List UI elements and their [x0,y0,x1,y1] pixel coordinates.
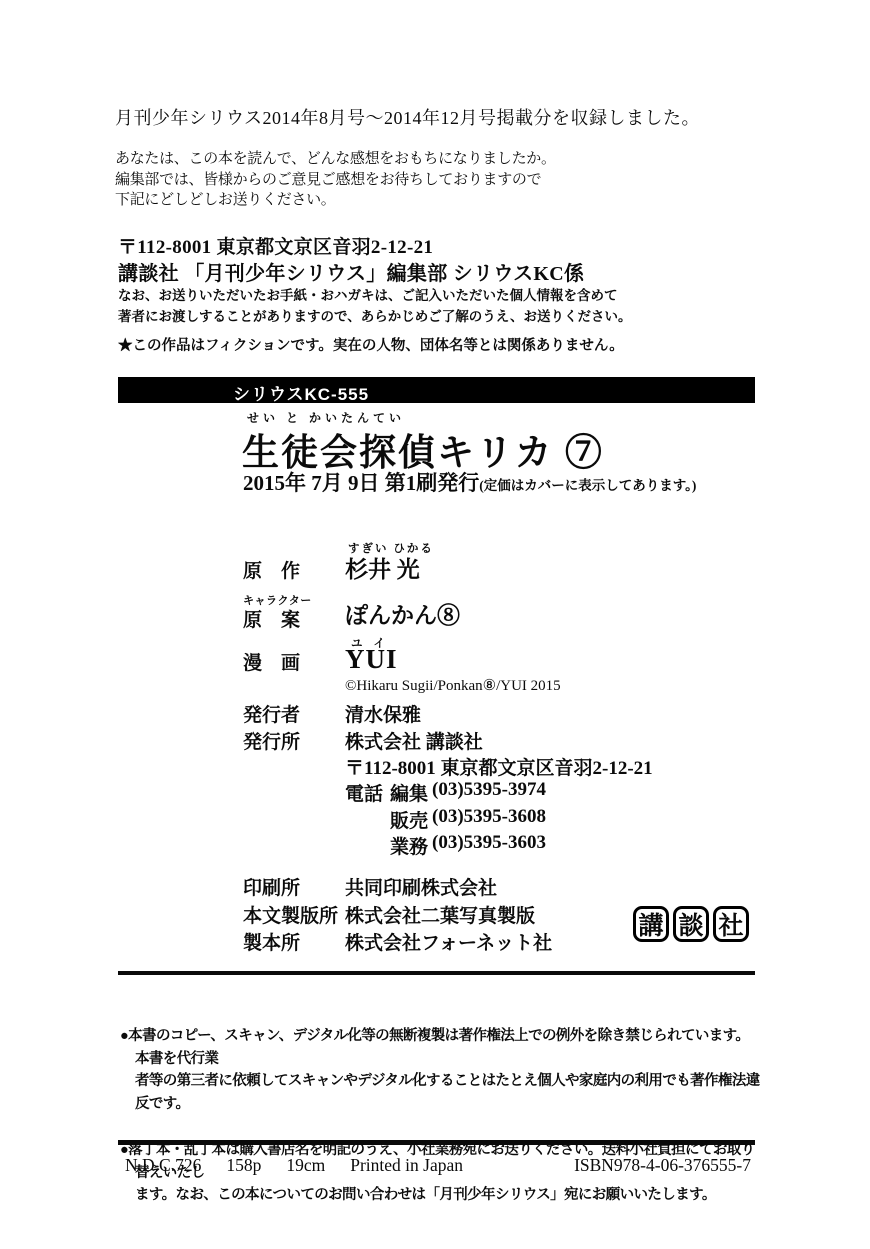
phone-operations-dept: 業務 [390,832,428,859]
publisher-label: 発行者 [243,700,300,727]
phone-editorial-dept: 編集 [390,779,428,806]
plate-making-name: 株式会社二葉写真製版 [345,901,535,928]
phone-operations-number: (03)5395-3603 [432,832,546,854]
kodansha-logo-char-1: 講 [633,906,669,942]
character-draft-name: ぽんかん⑧ [345,597,460,630]
price-note: (定価はカバーに表示してあります。) [479,478,696,493]
ndc-code: N.D.C.726 [125,1155,201,1175]
kodansha-logo-char-3: 社 [713,906,749,942]
series-code: シリウスKC-555 [233,380,369,405]
colophon-page: 月刊少年シリウス2014年8月号～2014年12月号掲載分を収録しました。 あな… [0,0,870,1249]
fiction-disclaimer: ★この作品はフィクションです。実在の人物、団体名等とは関係ありません。 [118,334,624,355]
legal-notices: ●本書のコピー、スキャン、デジタル化等の無断複製は著作権法上での例外を除き禁じら… [120,1008,760,1224]
magazine-serialization-note: 月刊少年シリウス2014年8月号～2014年12月号掲載分を収録しました。 [115,104,700,130]
print-date: 2015年 7月 9日 第1刷発行 [243,471,479,495]
edition-line: 2015年 7月 9日 第1刷発行(定価はカバーに表示してあります。) [243,467,696,497]
phone-sales-number: (03)5395-3608 [432,806,546,828]
printer-label: 印刷所 [243,873,300,900]
bibliographic-data: N.D.C.726158p19cmPrinted in Japan [125,1155,463,1176]
divider-rule-bottom [118,1140,755,1145]
manga-artist-label: 漫 画 [243,648,300,675]
privacy-note: なお、お送りいただいたお手紙・おハガキは、ご記入いただいた個人情報を含めて 著者… [118,285,632,327]
kodansha-logo: 講 談 社 [633,906,749,942]
feedback-request-text: あなたは、この本を読んで、どんな感想をおもちになりましたか。 編集部では、皆様か… [115,149,556,211]
publishing-house-name: 株式会社 講談社 [345,727,483,754]
plate-making-label: 本文製版所 [243,901,338,928]
original-author-name: 杉井 光 [345,551,420,584]
printer-name: 共同印刷株式会社 [345,873,497,900]
divider-rule-top [118,971,755,975]
copyright-line: ©Hikaru Sugii/Ponkan⑧/YUI 2015 [345,676,561,695]
editorial-department-line: 講談社 「月刊少年シリウス」編集部 シリウスKC係 [118,257,584,286]
editorial-postal-address: 〒112-8001 東京都文京区音羽2-12-21 [118,232,433,259]
isbn: ISBN978-4-06-376555-7 [574,1155,751,1176]
kodansha-logo-char-2: 談 [673,906,709,942]
page-count: 158p [226,1155,261,1175]
publisher-name: 清水保雅 [345,700,421,727]
phone-editorial-number: (03)5395-3974 [432,779,546,801]
book-size: 19cm [286,1155,325,1175]
original-author-label: 原 作 [243,556,300,583]
publishing-house-address: 〒112-8001 東京都文京区音羽2-12-21 [345,753,653,780]
series-code-bar: シリウスKC-555 [118,377,755,403]
phone-label: 電話 [345,779,383,806]
bindery-name: 株式会社フォーネット社 [345,928,552,955]
character-draft-label: 原 案 [243,605,300,632]
copy-prohibition-notice: ●本書のコピー、スキャン、デジタル化等の無断複製は著作権法上での例外を除き禁じら… [120,1025,760,1115]
phone-sales-dept: 販売 [390,806,428,833]
publishing-house-label: 発行所 [243,727,300,754]
bindery-label: 製本所 [243,928,300,955]
manga-artist-name: YUI [345,644,398,675]
printed-in: Printed in Japan [350,1155,463,1175]
